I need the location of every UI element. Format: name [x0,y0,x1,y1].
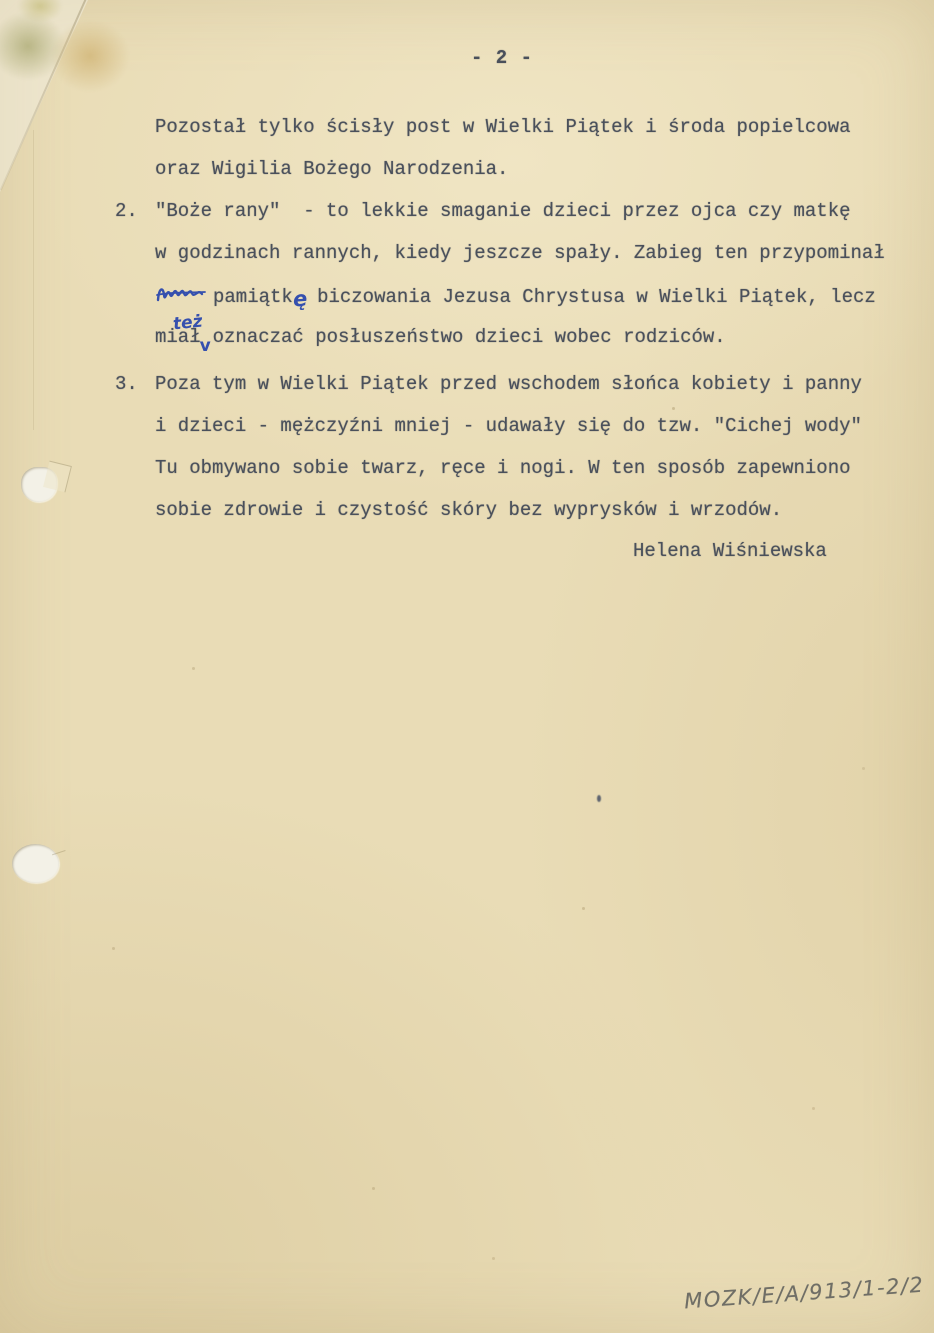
typed-signature: Helena Wiśniewska [633,540,827,562]
paragraph2-number: 2. [115,190,138,232]
punch-hole-top [21,467,57,502]
paragraph2-line2: w godzinach rannych, kiedy jeszcze spały… [155,232,885,274]
handwritten-letter-correction: ę [291,278,308,321]
paragraph3-line3: Tu obmywano sobie twarz, ręce i nogi. W … [155,447,885,489]
paragraph2-line4-rest: oznaczać posłuszeństwo dzieci wobec rodz… [213,326,726,348]
paragraph3-line2: i dzieci - mężczyźni mniej - udawały się… [155,405,885,447]
page-number: - 2 - [471,47,533,69]
paragraph1-line2: oraz Wigilia Bożego Narodzenia. [155,148,885,190]
scanned-document-page: - 2 - Pozostał tylko ścisły post w Wielk… [0,0,934,1333]
paragraph1-line1: Pozostał tylko ścisły post w Wielki Piąt… [155,106,885,148]
paragraph2-line1-text: "Boże rany" - to lekkie smaganie dzieci … [155,200,851,222]
insertion-caret: vteż [201,316,213,358]
paragraph2-line4: miałvteżoznaczać posłuszeństwo dzieci wo… [155,316,885,358]
ink-speck [597,795,601,802]
archive-reference-handwritten: MOZK/E/A/913/1-2/2 [683,1273,925,1314]
paragraph2-line3: pamiątkębiczowania Jezusa Chrystusa w Wi… [155,274,885,316]
paragraph2-line1: 2."Boże rany" - to lekkie smaganie dziec… [155,190,885,232]
paragraph3-number: 3. [115,363,138,405]
paragraph3-line4: sobie zdrowie i czystość skóry bez wypry… [155,489,885,531]
document-body: Pozostał tylko ścisły post w Wielki Piąt… [155,106,885,531]
vertical-crease [33,130,34,430]
paragraph2-line3-rest: biczowania Jezusa Chrystusa w Wielki Pią… [317,286,876,308]
paper-stain [0,0,172,144]
punch-hole-bottom [12,844,59,883]
paragraph3-line1: 3.Poza tym w Wielki Piątek przed wschode… [155,363,885,405]
paragraph2-line3-word: pamiątk [213,286,293,308]
paragraph3-line1-text: Poza tym w Wielki Piątek przed wschodem … [155,373,862,395]
handwritten-inserted-word: też [170,301,204,346]
